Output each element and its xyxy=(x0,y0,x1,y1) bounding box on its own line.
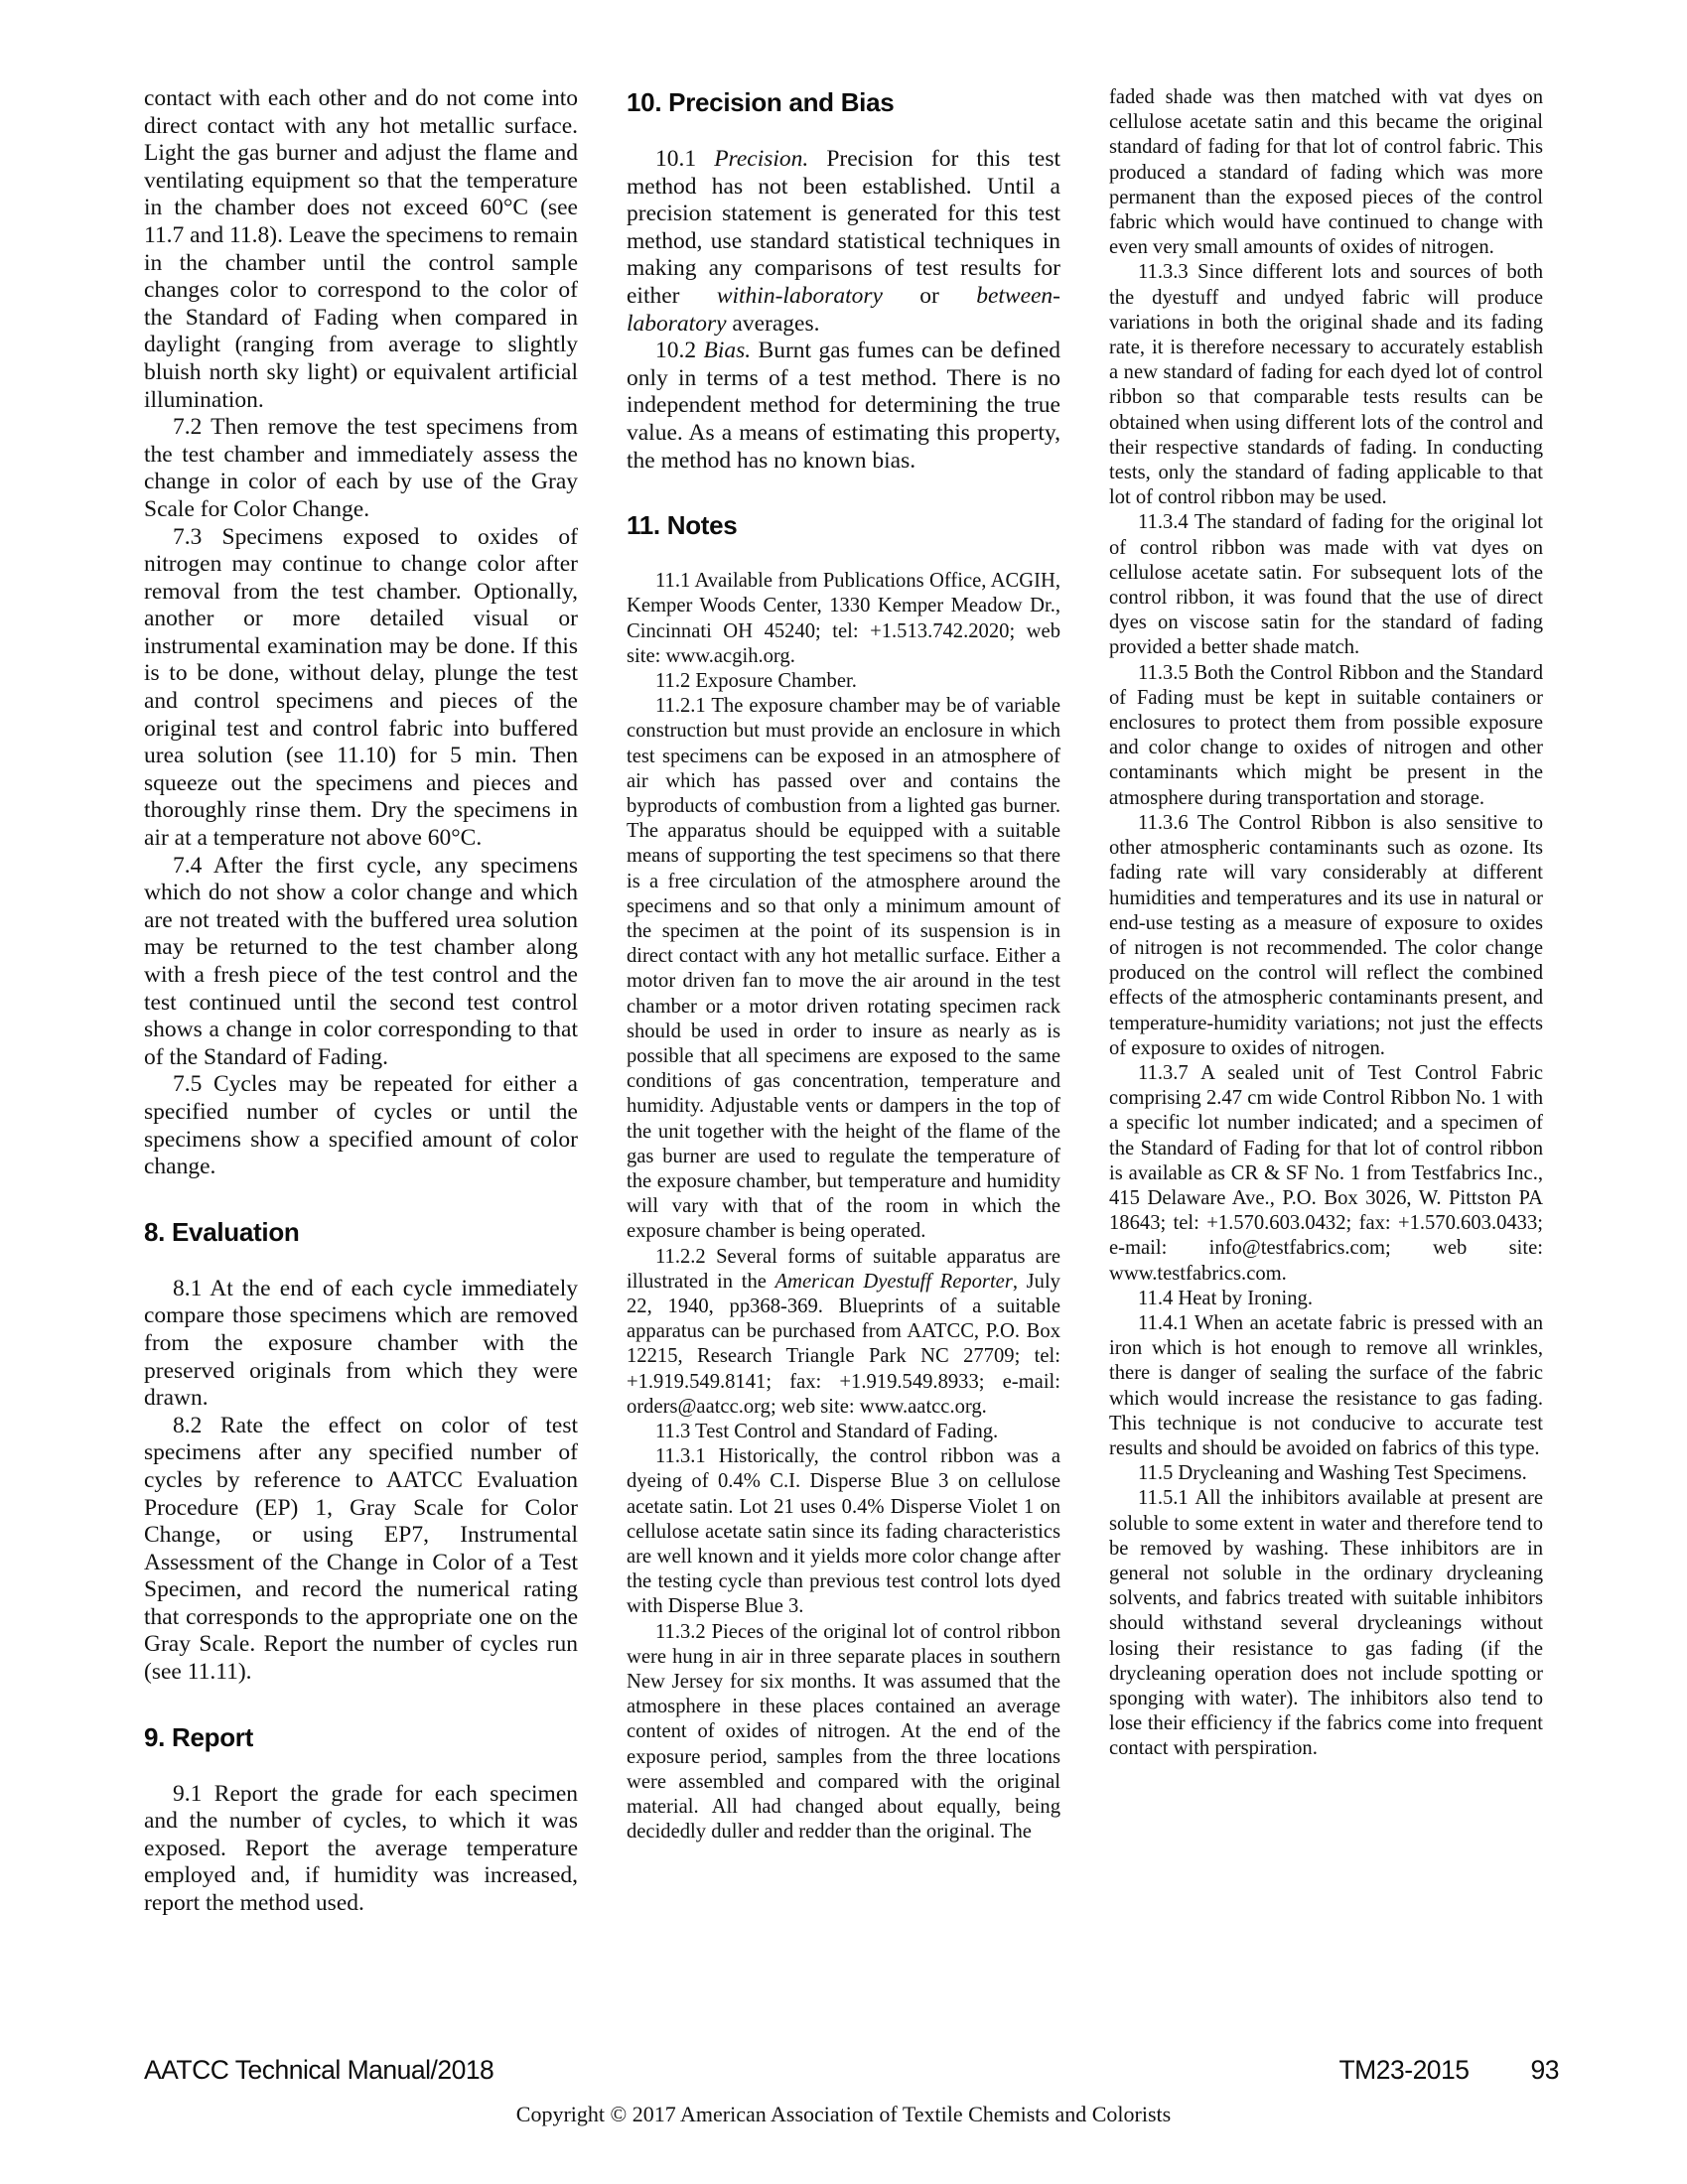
footer-page-number: 93 xyxy=(1531,2055,1559,2086)
paragraph: 7.3 Specimens exposed to oxides of nitro… xyxy=(144,524,578,853)
paragraph: 11.2 Exposure Chamber. xyxy=(627,669,1060,694)
footer-right-group: TM23-2015 93 xyxy=(1339,2055,1560,2086)
paragraph: 11.3.7 A sealed unit of Test Control Fab… xyxy=(1109,1061,1543,1287)
page-footer: AATCC Technical Manual/2018 TM23-2015 93 xyxy=(144,2055,1559,2086)
paragraph: 11.3.6 The Control Ribbon is also sensit… xyxy=(1109,811,1543,1061)
paragraph: 8.1 At the end of each cycle immediately… xyxy=(144,1276,578,1413)
paragraph: 10.2 Bias. Burnt gas fumes can be define… xyxy=(627,338,1060,475)
paragraph: 7.2 Then remove the test specimens from … xyxy=(144,414,578,523)
paragraph: 11.4.1 When an acetate fabric is pressed… xyxy=(1109,1311,1543,1461)
paragraph: 7.5 Cycles may be repeated for either a … xyxy=(144,1071,578,1180)
paragraph: faded shade was then matched with vat dy… xyxy=(1109,85,1543,260)
section-heading: 10. Precision and Bias xyxy=(627,87,1060,118)
paragraph: 11.3.3 Since different lots and sources … xyxy=(1109,260,1543,510)
paragraph: 9.1 Report the grade for each specimen a… xyxy=(144,1781,578,1918)
paragraph: 7.4 After the first cycle, any specimens… xyxy=(144,853,578,1072)
footer-manual-title: AATCC Technical Manual/2018 xyxy=(144,2055,493,2086)
paragraph: 11.3 Test Control and Standard of Fading… xyxy=(627,1420,1060,1444)
paragraph: 10.1 Precision. Precision for this test … xyxy=(627,146,1060,338)
copyright-notice: Copyright © 2017 American Association of… xyxy=(0,2102,1687,2127)
paragraph: 11.3.5 Both the Control Ribbon and the S… xyxy=(1109,661,1543,811)
section-heading: 11. Notes xyxy=(627,510,1060,541)
paragraph: 8.2 Rate the effect on color of test spe… xyxy=(144,1413,578,1687)
section-heading: 9. Report xyxy=(144,1722,578,1753)
paragraph: contact with each other and do not come … xyxy=(144,85,578,414)
paragraph: 11.2.2 Several forms of suitable apparat… xyxy=(627,1245,1060,1420)
paragraph: 11.4 Heat by Ironing. xyxy=(1109,1287,1543,1311)
column-2: 10. Precision and Bias10.1 Precision. Pr… xyxy=(627,85,1060,1918)
section-heading: 8. Evaluation xyxy=(144,1217,578,1248)
manual-page: contact with each other and do not come … xyxy=(0,0,1687,2184)
footer-doc-number: TM23-2015 xyxy=(1339,2055,1470,2086)
paragraph: 11.5.1 All the inhibitors available at p… xyxy=(1109,1486,1543,1761)
column-3: faded shade was then matched with vat dy… xyxy=(1109,85,1543,1918)
column-1: contact with each other and do not come … xyxy=(144,85,578,1918)
page-body: contact with each other and do not come … xyxy=(144,85,1543,1918)
paragraph: 11.1 Available from Publications Office,… xyxy=(627,569,1060,669)
paragraph: 11.2.1 The exposure chamber may be of va… xyxy=(627,694,1060,1244)
paragraph: 11.3.2 Pieces of the original lot of con… xyxy=(627,1620,1060,1845)
paragraph: 11.3.4 The standard of fading for the or… xyxy=(1109,510,1543,660)
paragraph: 11.3.1 Historically, the control ribbon … xyxy=(627,1444,1060,1619)
paragraph: 11.5 Drycleaning and Washing Test Specim… xyxy=(1109,1461,1543,1486)
